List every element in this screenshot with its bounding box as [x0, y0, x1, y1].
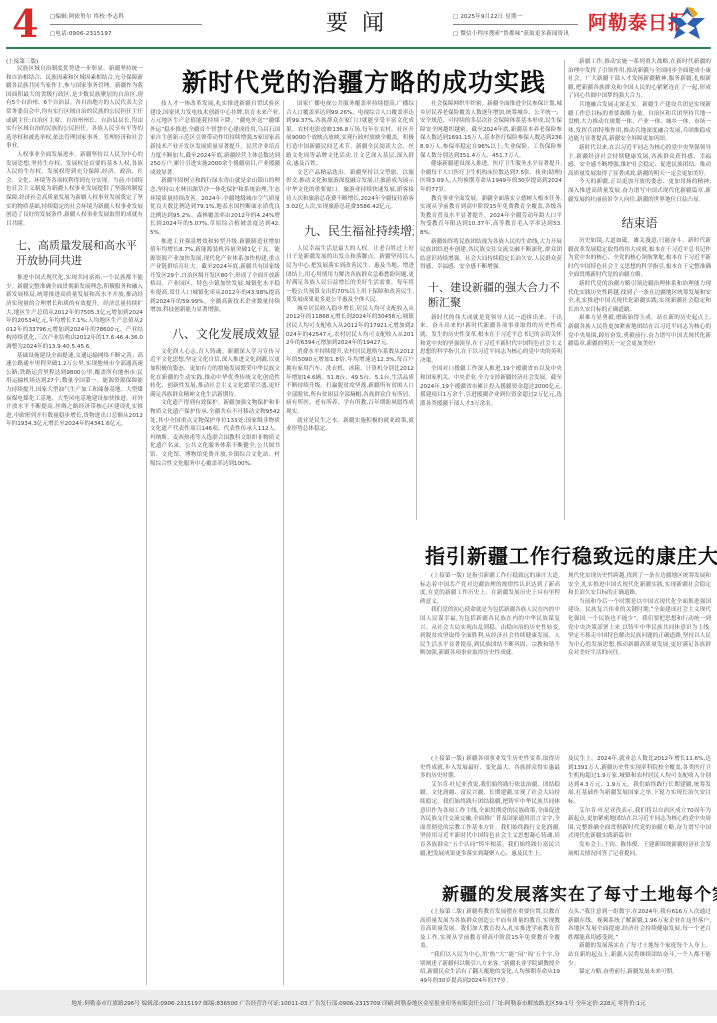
article4-headline: 新疆的发展落实在了每寸土地每个家庭每个人 — [442, 880, 717, 905]
paragraph: 社会保障网织牢织密。新疆全面推进全民参保计划,城乡居民养老保险覆盖人数逐年增加,… — [420, 100, 562, 160]
paragraph: 艾尔肯·吐尼亚孜表示,我们将以自治区成立70周年为新起点,更加紧密地团结在以习近… — [568, 807, 711, 841]
section-8-title: 八、文化发展成效显著 — [172, 325, 280, 342]
section-10-title: 十、建设新疆的强大合力不断汇聚 — [428, 280, 562, 310]
paragraph: (上接第一版) 新疆各项事业发生历史性变革,取得历史性成就,步入发展最好、变化最… — [420, 755, 560, 781]
paragraph: 技人才一体改革发展,扎实推进新疆自贸试验区建设,国家风力发电技术创新中心挂牌,培… — [150, 100, 280, 177]
paragraph: 新疆工作,推动实施一系列重大战略,在新时代新疆的治理中发挥了引领作用,推动新疆与… — [568, 58, 711, 101]
paragraph: 历史如镜,大道如砥。雄关漫道,只能奋斗。新时代新疆改革发展稳定取得的伟大成就,根… — [568, 237, 711, 280]
page-footer: 地址:阿勒泰市红旗路296号 编辑部:0906-2315197 邮编:83650… — [0, 990, 717, 1016]
paragraph: 人民幸福生活是最大的人权。让老百姓过上好日子是新疆发展的出发点和落脚点。新疆坚持… — [286, 245, 414, 305]
article3-column-right: 及民生上。2024年,就业总人数比2012年增长11.6%,达到1391万人,新… — [568, 755, 711, 867]
article2-column-right: 现代化实现历史性跨越,找到了一条在边疆地区统筹发展和安全,扎实推进中国式现代化新… — [568, 572, 711, 740]
paragraph: 锚定方略,奋勇前行,新疆发展未来可期。 — [568, 968, 711, 977]
phone-line: □电话:0906-2315197 — [50, 29, 112, 37]
article1-column-1: (上接第三版) 民族区域自治制度优势进一步彰显。新疆坚持统一和自治相结合、民族因… — [6, 57, 143, 987]
continued-note: (上接第三版) — [6, 57, 143, 65]
paragraph: (上接第一版) 是指引新疆工作行稳致远的康庄大道,标志着中国共产党对边疆治理的规… — [420, 572, 560, 606]
paragraph: 国家广播电视公共服务覆盖率持续提高,广播综合人口覆盖率达到99.26%、电视综合… — [286, 100, 414, 169]
paragraph: 新疆牢固树立和践行绿水青山就是金山银山的理念,坚持山水林田湖草沙一体化保护和系统… — [150, 177, 280, 237]
closing-title: 结束语 — [568, 214, 711, 231]
wechat-line: □ 微信小程序搜索“鲁都味”获取更多新闻资讯 — [453, 29, 569, 37]
footer-info: 地址:阿勒泰市红旗路296号 编辑部:0906-2315197 邮编:83650… — [0, 999, 717, 1007]
article3-column-left: (上接第一版) 新疆各项事业发生历史性变革,取得历史性成就,步入发展最好、变化最… — [420, 755, 560, 867]
paragraph: 全国对口援疆工作深入推进,19个援疆省市以及中央和国家机关、中央企业,全力支持新… — [420, 365, 562, 408]
article1-column-2: 技人才一体改革发展,扎实推进新疆自贸试验区建设,国家风力发电技术创新中心挂牌,培… — [150, 100, 280, 987]
article1-column-5: 新疆工作,推动实施一系列重大战略,在新时代新疆的治理中发挥了引领作用,推动新疆与… — [568, 58, 711, 520]
masthead-rule-left — [50, 24, 202, 25]
page-number: 4 — [12, 4, 38, 44]
paragraph: 健康新疆建设深入推进。医疗卫生服务水平显著提升,全疆每千人口医疗卫生机构床位数达… — [420, 160, 562, 194]
paragraph: (上接第二版) 新疆将教育发展摆在重要位置,以教育高质量发展为各族群众创造公平而… — [420, 908, 560, 951]
paragraph: 文艺产品精品迭出。新疆坚持以文塑旅、以旅彰文,推动文化和旅游深度融合发展,让旅游… — [286, 169, 414, 212]
article4-column-right: 点头,“我注意到一组数字,在2024年,我有616万人次通过新疆在线、视频系统了… — [568, 908, 711, 986]
paragraph: 推进中国式现代化,实现共同富裕,一个民族都不能少。新疆完整准确全面贯彻新发展理念… — [6, 274, 143, 351]
paragraph: “我们以人民为中心,用‘热’‘大’‘能’‘闷’‘闯’五个字,分别阐述了新疆何以吸… — [420, 951, 560, 985]
date-line: □ 2025年9月22日 星期一 — [453, 12, 522, 20]
column-divider — [564, 60, 565, 520]
section-9-title: 九、民生福祉持续增进 — [304, 222, 414, 239]
paragraph: 城乡居民收入稳步增长,居民人均可支配收入从2012年的11868元增长到2024… — [286, 305, 414, 348]
paragraph: 点头,“我注意到一组数字,在2024年,我有616万人次通过新疆在线、视频系统了… — [568, 908, 711, 942]
paragraph: 推进工业强基增效和转型升级,新疆制造业增加值年均增长8.7%,新能源装机容量突破… — [150, 238, 280, 315]
article2-column-left: (上接第一版) 是指引新疆工作行稳致远的康庄大道,标志着中国共产党对边疆治理的规… — [420, 572, 560, 740]
paragraph: 我们党的初心使命就是为包括新疆各族人民在内的中国人民谋幸福,为包括新疆各民族在内… — [420, 606, 560, 658]
paragraph: 基础设施建设全面提速,交通运输网络不断完善。高速公路通车里程突破1.2万公里,实… — [6, 352, 143, 429]
editor-line: □编辑:阿依努尔 终校:李志科 — [50, 12, 124, 20]
paragraph: 艾尔肯·吐尼亚孜说,我们始终践行依法治疆、团结稳疆、文化润疆、富民兴疆、长期建疆… — [420, 781, 560, 858]
paragraph: 新时代以来,在以习近平同志为核心的党中央坚强领导下,新疆经济社会持续健康发展,各… — [568, 144, 711, 178]
paragraph: 文化遗产得到有效保护。新疆加强文物保护和非物质文化遗产保护传承,全疆共有不可移动… — [150, 399, 280, 468]
paragraph: 兵地融合发展走深走实。新疆生产建设兵团是实现新疆工作总目标的重要战略力量。自治区… — [568, 101, 711, 144]
paragraph: 现代化实现历史性跨越,找到了一条在边疆地区统筹发展和安全,扎实推进中国式现代化新… — [568, 572, 711, 598]
star-logo-icon — [667, 4, 707, 44]
paragraph: 新时代的伟大成就是党领导人民一道拼出来、干出来、奋斗出来的!新时代新疆各项事业取… — [420, 314, 562, 366]
section-title: 要闻 — [326, 6, 398, 37]
paragraph: 消费水平持续提升,农村居民恩格尔系数从2012年的5090元增加1.8倍,年均增… — [286, 348, 414, 417]
masthead-divider — [6, 47, 711, 49]
paragraph: 新时代党的治疆方略引领边疆治理体系和治理能力现代化实践历史性跨越,找到了一条在边… — [568, 280, 711, 314]
article1-headline: 新时代党的治疆方略的成功实践 — [182, 63, 546, 99]
paragraph: 艰难方显勇毅,磨砺始得玉成。站在新的历史起点上,新疆各族人民将更加紧密地团结在以… — [568, 314, 711, 348]
paragraph: 民族区域自治制度优势进一步彰显。新疆坚持统一和自治相结合、民族因素和区域因素相结… — [6, 65, 143, 151]
article1-column-3: 国家广播电视公共服务覆盖率持续提高,广播综合人口覆盖率达到99.26%、电视综合… — [286, 100, 414, 538]
paragraph: 新疆始终将民族团结视为各族人民的生命线,大力开展民族团结进步创建,各民族交往交流… — [420, 238, 562, 272]
masthead-rule-right — [453, 24, 578, 25]
column-divider — [146, 100, 147, 985]
paragraph: 及民生上。2024年,就业总人数比2012年增长11.6%,达到1391万人,新… — [568, 755, 711, 807]
section-7-title: 七、高质量发展和高水平开放协同共进 — [16, 238, 143, 268]
column-divider — [416, 100, 417, 520]
paragraph: 教育事业全面发展。新疆全面落实立德树人根本任务,实现从学前教育到高中阶段15年免… — [420, 195, 562, 238]
paragraph: 今天的新疆,正以更加开放的姿态、更加昂扬的精神,深入推进高质量发展,奋力谱写中国… — [568, 178, 711, 204]
article4-column-left: (上接第二版) 新疆将教育发展摆在重要位置,以教育高质量发展为各族群众创造公平而… — [420, 908, 560, 986]
paragraph: 文化润人心志,育人铸魂。新疆深入学习宣传习近平文化思想,坚定文化自信,深入推进文… — [150, 348, 280, 400]
article2-headline: 指引新疆工作行稳致远的康庄大道 — [425, 540, 717, 569]
paragraph: 新疆的发展落实在了每寸土地每个家庭每个人身上。站在新的起点上,新疆人民将继续团结… — [568, 942, 711, 968]
paragraph: 就业是民生之本。新疆实施积极的就业政策,就业形势总体稳定。 — [286, 417, 414, 434]
column-divider — [283, 100, 284, 985]
paragraph: 当前和今后一个时期是以中国式现代化全面推进强国建设、民族复兴伟业的关键时期,“全… — [568, 598, 711, 658]
article1-column-4: 社会保障网织牢织密。新疆全面推进全民参保计划,城乡居民养老保险覆盖人数逐年增加,… — [420, 100, 562, 520]
paragraph: 人权事业全面发展进步。新疆坚持以人民为中心的发展思想,坚持生存权、发展权是首要的… — [6, 151, 143, 228]
paragraph: 发布会上,王钧、陈伟俊、王建新围绕新疆经济社会发展相关情况回答了记者提问。 — [568, 841, 711, 858]
